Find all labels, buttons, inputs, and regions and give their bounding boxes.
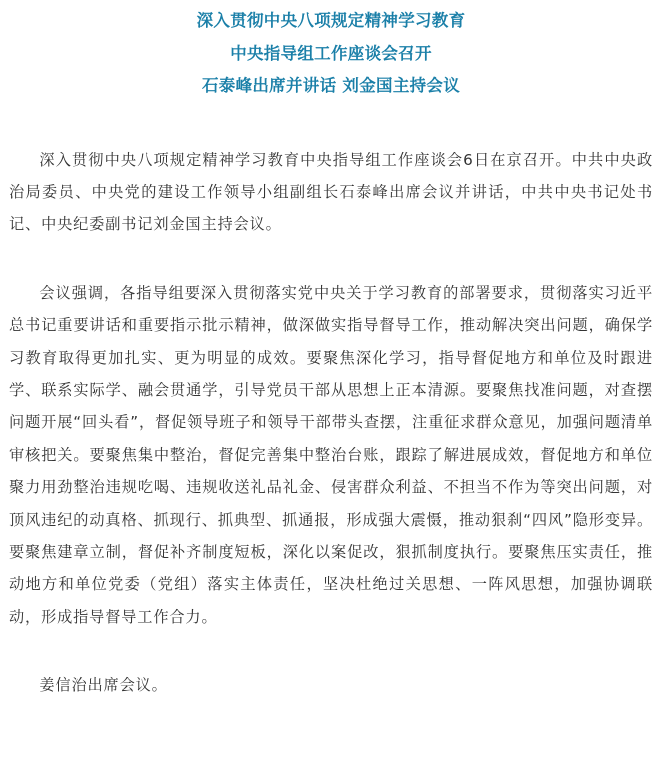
article: 深入贯彻中央八项规定精神学习教育 中央指导组工作座谈会召开 石泰峰出席并讲话 刘… [0, 0, 662, 702]
body-paragraph-1: 深入贯彻中央八项规定精神学习教育中央指导组工作座谈会6日在京召开。中共中央政治局… [9, 144, 653, 241]
headline-line-1: 深入贯彻中央八项规定精神学习教育 [9, 5, 653, 38]
headline-block: 深入贯彻中央八项规定精神学习教育 中央指导组工作座谈会召开 石泰峰出席并讲话 刘… [9, 0, 653, 103]
headline-line-2: 中央指导组工作座谈会召开 [9, 38, 653, 71]
headline-line-3: 石泰峰出席并讲话 刘金国主持会议 [9, 70, 653, 103]
body-paragraph-2: 会议强调，各指导组要深入贯彻落实党中央关于学习教育的部署要求，贯彻落实习近平总书… [9, 277, 653, 633]
body-paragraph-3: 姜信治出席会议。 [9, 669, 653, 701]
